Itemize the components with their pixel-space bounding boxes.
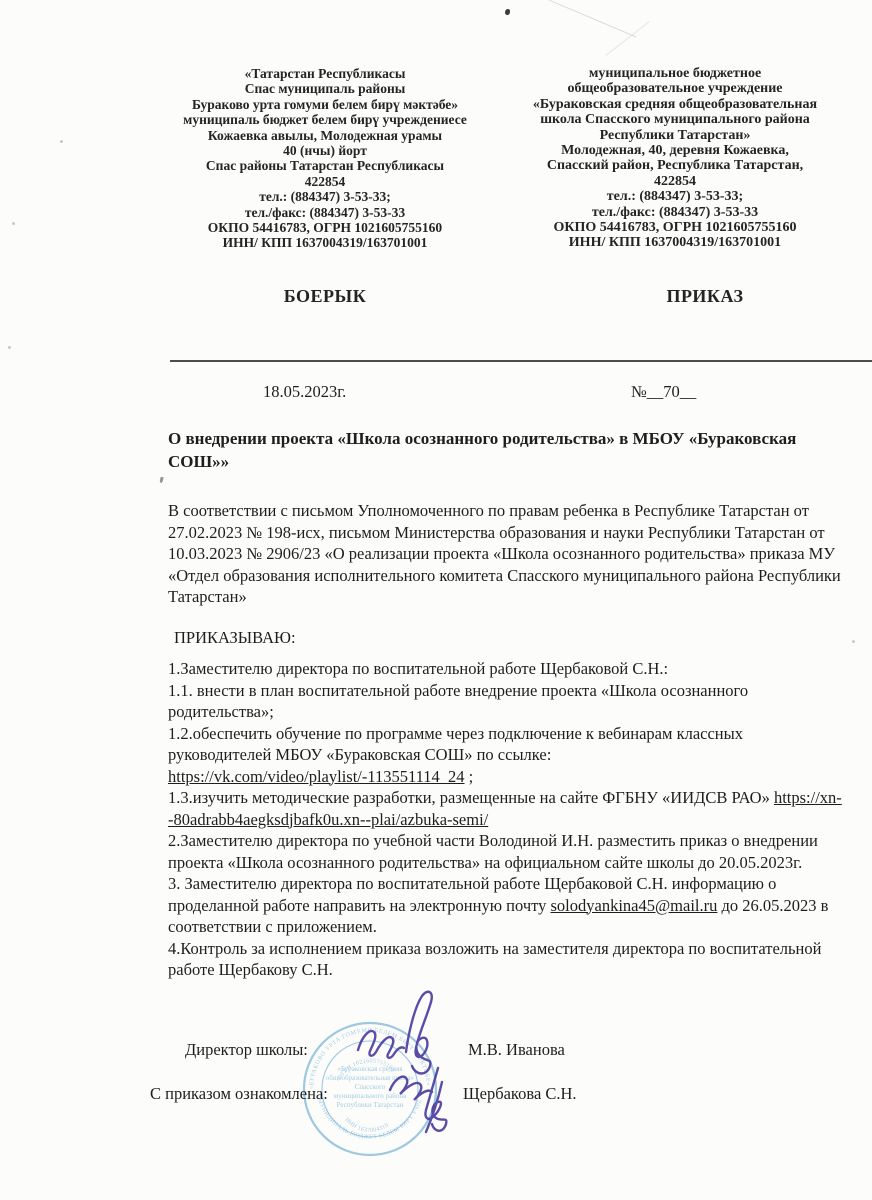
scan-artifact: [8, 346, 11, 349]
resolve-word: ПРИКАЗЫВАЮ:: [168, 627, 850, 649]
letterhead-line: ОКПО 54416783, ОГРН 1021605755160: [492, 220, 858, 235]
item-text: 1.3.изучить методические разработки, раз…: [168, 788, 774, 807]
letterhead-line: Кожаевка авылы, Молодежная урамы: [158, 128, 492, 143]
scan-artifact: [60, 140, 63, 143]
item-text: 1.Заместителю директора по воспитательно…: [168, 659, 668, 678]
scanned-order-page: «Татарстан Республикасы Спас муниципаль …: [0, 0, 872, 1200]
letterhead-line: «Татарстан Республикасы: [158, 66, 492, 81]
item-text: 4.Контроль за исполнением приказа возлож…: [168, 939, 821, 980]
letterhead-line: 40 (нчы) йорт: [158, 143, 492, 158]
order-item-4: 4.Контроль за исполнением приказа возлож…: [168, 938, 850, 981]
order-items: 1.Заместителю директора по воспитательно…: [168, 658, 850, 981]
item-text: 2.Заместителю директора по учебной части…: [168, 831, 818, 872]
letterhead-line: Спас районы Татарстан Республикасы: [158, 158, 492, 173]
header-divider-line: [170, 360, 872, 362]
letterhead-line: тел.: (884347) 3-53-33;: [158, 189, 492, 204]
scan-artifact: [12, 222, 15, 225]
order-item-1-3: 1.3.изучить методические разработки, раз…: [168, 787, 850, 830]
scan-artifact: [159, 477, 163, 484]
letterhead-line: тел./факс: (884347) 3-53-33: [158, 205, 492, 220]
title-prikaz: ПРИКАЗ: [545, 286, 865, 307]
letterhead-line: 422854: [492, 174, 858, 189]
email-link[interactable]: solodyankina45@mail.ru: [551, 896, 718, 915]
order-item-1-1: 1.1. внести в план воспитательной работе…: [168, 680, 850, 723]
letterhead-line: Молодежная, 40, деревня Кожаевка,: [492, 143, 858, 158]
scan-artifact: [852, 640, 855, 643]
letterhead-line: «Бураковская средняя общеобразовательная: [492, 97, 858, 112]
scan-artifact: [606, 21, 650, 56]
order-number: №__70__: [631, 382, 696, 402]
acknowledgement-name: Щербакова С.Н.: [463, 1084, 577, 1104]
letterhead-line: Спас муниципаль районы: [158, 81, 492, 96]
order-date: 18.05.2023г.: [263, 382, 346, 402]
director-name: М.В. Иванова: [468, 1040, 565, 1060]
director-label: Директор школы:: [185, 1040, 308, 1060]
order-item-1: 1.Заместителю директора по воспитательно…: [168, 658, 850, 680]
stamp-center-line: Спасского: [355, 1083, 386, 1091]
item-text: 1.2.обеспечить обучение по программе чер…: [168, 724, 743, 765]
letterhead-line: общеобразовательное учреждение: [492, 81, 858, 96]
item-text: 1.1. внести в план воспитательной работе…: [168, 681, 748, 722]
letterhead-line: Бураково урта гомуми белем бирү мәктәбе»: [158, 97, 492, 112]
letterhead-line: 422854: [158, 174, 492, 189]
letterhead-line: муниципаль бюджет белем бирү учреждениес…: [158, 112, 492, 127]
acknowledgement-label: С приказом ознакомлена:: [150, 1084, 328, 1104]
letterhead-line: муниципальное бюджетное: [492, 66, 858, 81]
order-item-3: 3. Заместителю директора по воспитательн…: [168, 873, 850, 938]
letterhead-line: ИНН/ КПП 1637004319/163701001: [158, 235, 492, 250]
letterhead-tatar: «Татарстан Республикасы Спас муниципаль …: [158, 66, 492, 251]
title-boeryk: БОЕРЫК: [160, 286, 490, 307]
letterhead-line: Спасский район, Республика Татарстан,: [492, 158, 858, 173]
letterhead-line: школа Спасского муниципального района: [492, 112, 858, 127]
order-body: В соответствии с письмом Уполномоченного…: [168, 500, 850, 981]
letterhead-russian: муниципальное бюджетное общеобразователь…: [492, 66, 858, 251]
vk-playlist-link[interactable]: https://vk.com/video/playlist/-113551114…: [168, 767, 465, 786]
item-suffix: ;: [465, 767, 474, 786]
order-item-1-2: 1.2.обеспечить обучение по программе чер…: [168, 723, 850, 788]
letterhead-line: ОКПО 54416783, ОГРН 1021605755160: [158, 220, 492, 235]
intro-paragraph: В соответствии с письмом Уполномоченного…: [168, 500, 850, 608]
letterhead-line: Республики Татарстан»: [492, 128, 858, 143]
letterhead-line: тел.: (884347) 3-53-33;: [492, 189, 858, 204]
scan-artifact: [549, 0, 637, 38]
order-item-2: 2.Заместителю директора по учебной части…: [168, 830, 850, 873]
scan-artifact: [505, 9, 510, 15]
order-subject: О внедрении проекта «Школа осознанного р…: [168, 427, 830, 473]
letterhead-line: ИНН/ КПП 1637004319/163701001: [492, 235, 858, 250]
letterhead-line: тел./факс: (884347) 3-53-33: [492, 205, 858, 220]
